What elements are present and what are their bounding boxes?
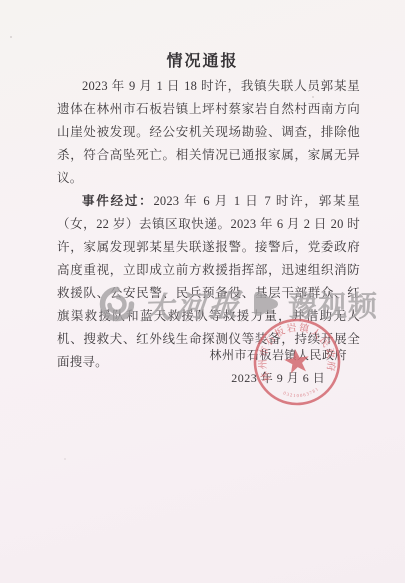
paragraph-text: 2023 年 9 月 1 日 18 时许，我镇失联人员郭某星遗体在林州市石板岩镇… xyxy=(57,79,360,185)
event-course-label: 事件经过： xyxy=(82,194,153,208)
scan-speckle xyxy=(64,458,66,460)
paragraph-findings: 2023 年 9 月 1 日 18 时许，我镇失联人员郭某星遗体在林州市石板岩镇… xyxy=(57,75,360,190)
document-body: 2023 年 9 月 1 日 18 时许，我镇失联人员郭某星遗体在林州市石板岩镇… xyxy=(57,75,360,374)
issue-date: 2023 年 9 月 6 日 xyxy=(209,367,347,390)
scanned-notice-page: 情况通报 2023 年 9 月 1 日 18 时许，我镇失联人员郭某星遗体在林州… xyxy=(0,0,405,583)
issuing-authority: 林州市石板岩镇人民政府 xyxy=(209,344,347,367)
signature-block: 林州市石板岩镇人民政府 2023 年 9 月 6 日 xyxy=(209,344,347,390)
document-title: 情况通报 xyxy=(0,48,405,71)
scan-speckle xyxy=(10,36,12,38)
paragraph-text: 2023 年 6 月 1 日 7 时许，郭某星（女，22 岁）去镇区取快递。20… xyxy=(57,194,360,369)
